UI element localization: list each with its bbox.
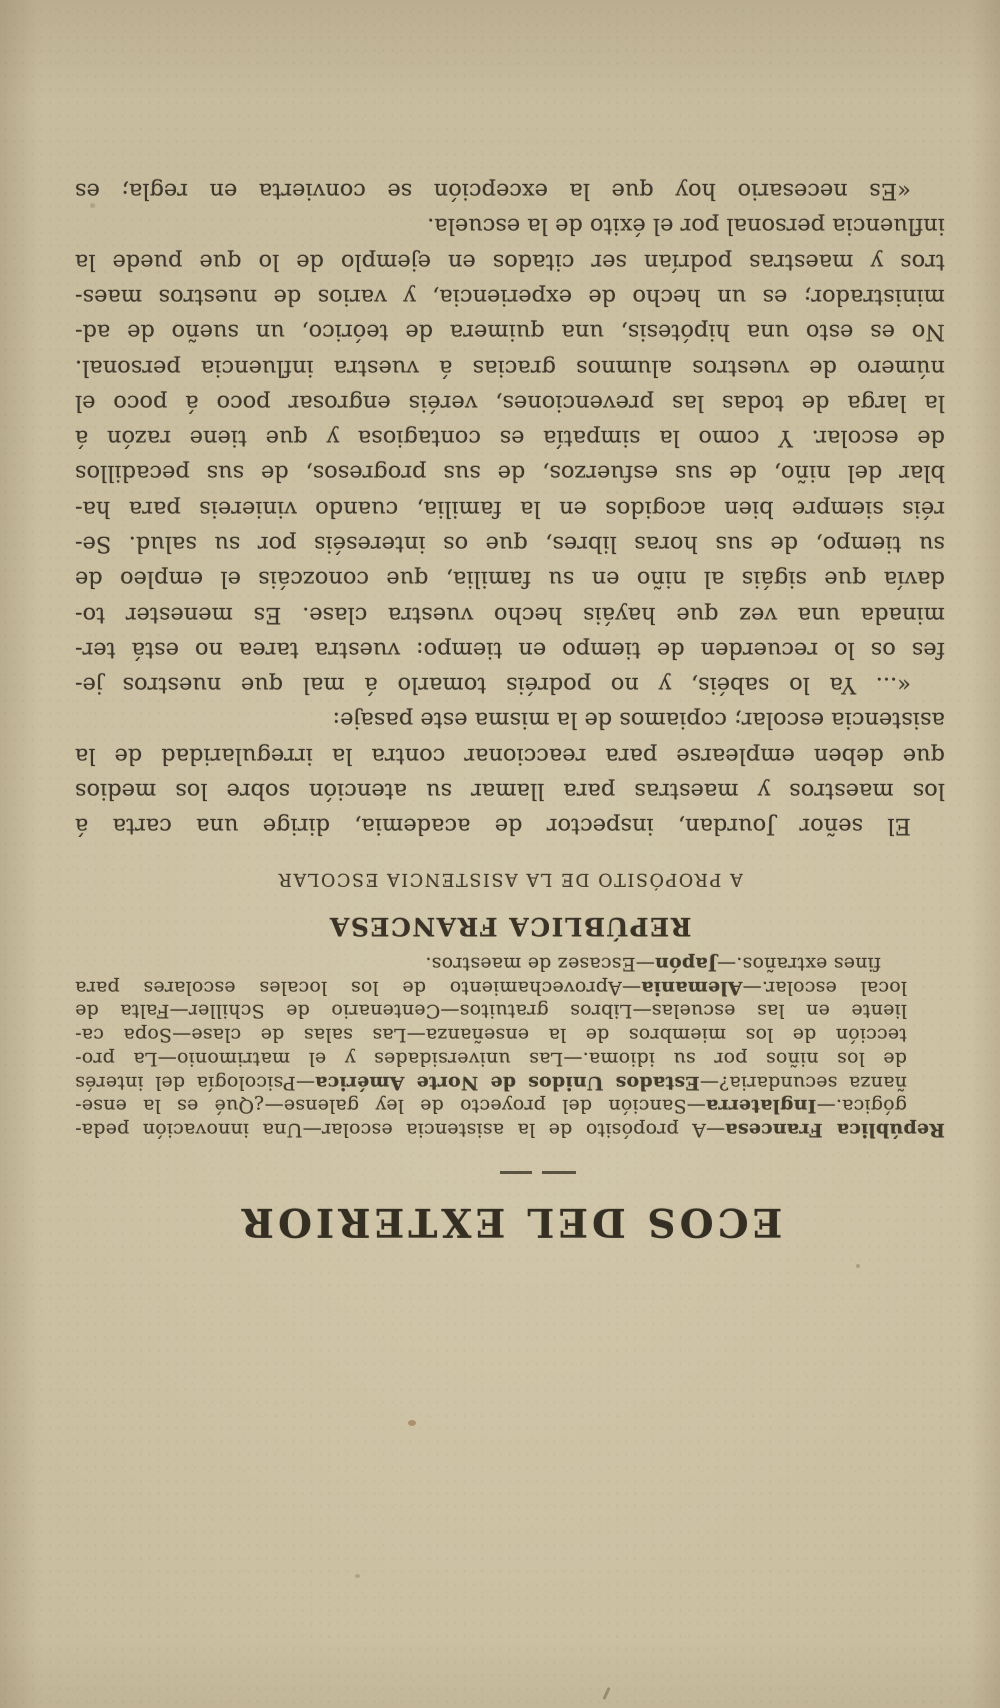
text-segment: de los niños por su idioma.—Las universi… (75, 1048, 907, 1070)
text-line: «Es necesario hoy que la excepción se co… (75, 173, 945, 208)
text-segment: —Sanción del proyecto de ley galense—¿Qu… (75, 1095, 706, 1117)
divider-dash (500, 1171, 532, 1174)
text-line: de escolar. Y como la simpatía es contag… (75, 420, 945, 455)
article-title: ECOS DEL EXTERIOR (75, 1198, 945, 1246)
text-line: los maestros y maestras para llamar su a… (75, 773, 945, 808)
text-line: El señor Jourdan, inspector de academia,… (75, 808, 945, 843)
section-subtitle: A PROPÓSITO DE LA ASISTENCIA ESCOLAR (75, 867, 945, 891)
text-line: ministrador; es un hecho de experiencia,… (75, 279, 945, 314)
text-line: de los niños por su idioma.—Las universi… (75, 1046, 945, 1070)
section-heading: REPÚBLICA FRANCESA (75, 911, 945, 941)
scanned-page: ECOS DEL EXTERIOR República Francesa—A p… (0, 0, 1000, 1708)
text-line: davía que sigáis al niño en su familia, … (75, 561, 945, 596)
text-segment: local escolar.— (743, 977, 907, 999)
text-line: tros y maestras podrían ser citados en e… (75, 243, 945, 278)
text-line: local escolar.—Alemania—Aprovechamiento … (75, 975, 945, 999)
text-segment: —Aprovechamiento de los locales escolare… (75, 977, 641, 999)
text-line: minada una vez que hayáis hecho vuestra … (75, 596, 945, 631)
text-line: que deben emplearse para reaccionar cont… (75, 737, 945, 772)
summary-paragraph: República Francesa—A propósito de la asi… (75, 951, 945, 1141)
text-line: ñanza secundaria?—Estados Unidos de Nort… (75, 1070, 945, 1094)
topic-keyword: Japón (655, 953, 717, 975)
topic-keyword: República Francesa (725, 1119, 945, 1141)
topic-keyword: Alemania (641, 977, 742, 999)
text-segment: gógica.— (817, 1095, 907, 1117)
article-body: El señor Jourdan, inspector de academia,… (75, 173, 945, 844)
text-segment: —A propósito de la asistencia escolar—Un… (75, 1119, 725, 1141)
text-line: No es esto una hipótesis, una quimera de… (75, 314, 945, 349)
text-line: número de vuestros alumnos gracias á vue… (75, 349, 945, 384)
text-line: tección de los miembros de la enseñanza—… (75, 1022, 945, 1046)
text-line: su tiempo, de sus horas libres, que os i… (75, 526, 945, 561)
divider-dash (542, 1171, 576, 1174)
text-line: réis siempre bien acogidos en la familia… (75, 490, 945, 525)
text-segment: ñanza secundaria?— (700, 1072, 907, 1094)
text-line: asistencia escolar; copiamos de la misma… (75, 702, 945, 737)
text-line: la larga de todas las prevenciones, veré… (75, 385, 945, 420)
text-segment: —Psicología del interés (75, 1072, 315, 1094)
text-line: gógica.—Inglaterra—Sanción del proyecto … (75, 1094, 945, 1118)
text-line: «... Ya lo sabéis, y no podréis tomarlo … (75, 667, 945, 702)
text-segment: tección de los miembros de la enseñanza—… (75, 1024, 907, 1046)
topic-keyword: Estados Unidos de Norte América (315, 1072, 700, 1094)
text-line: fes os lo recuerden de tiempo en tiempo:… (75, 632, 945, 667)
text-line: influencia personal por el éxito de la e… (75, 208, 945, 243)
text-line: blar del niño, de sus esfuerzos, de sus … (75, 455, 945, 490)
text-segment: fines extraños.— (717, 953, 881, 975)
text-line: República Francesa—A propósito de la asi… (75, 1117, 945, 1141)
text-segment: —Escasez de maestros. (425, 953, 655, 975)
topic-keyword: Inglaterra (706, 1095, 817, 1117)
text-segment: liente en las escuelas—Libros gratuitos—… (75, 1000, 907, 1022)
text-line: fines extraños.—Japón—Escasez de maestro… (75, 951, 945, 975)
text-line: liente en las escuelas—Libros gratuitos—… (75, 999, 945, 1023)
page-content: ECOS DEL EXTERIOR República Francesa—A p… (0, 0, 1000, 1708)
title-divider (500, 1171, 576, 1174)
